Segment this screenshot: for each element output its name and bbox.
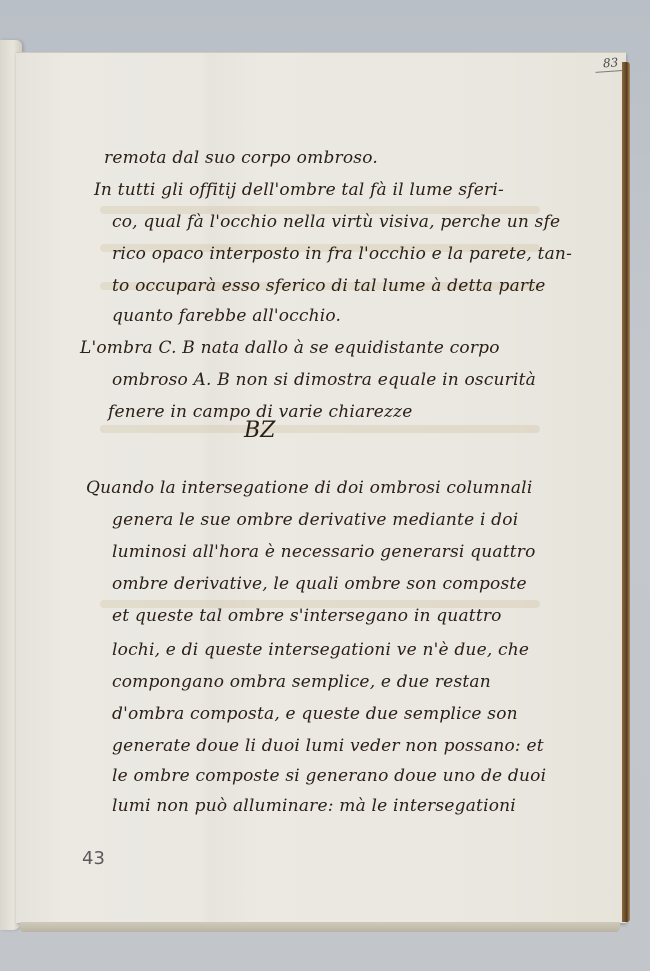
text-line: Quando la intersegatione di doi ombrosi … [86,478,532,498]
text-line: lochi, e di queste intersegationi ve n'è… [112,640,529,660]
text-line: quanto farebbe all'occhio. [112,306,341,326]
text-line: le ombre composte si generano doue uno d… [112,766,546,786]
folio-number: 83 [594,55,622,73]
text-line: co, qual fà l'occhio nella virtù visiva,… [112,212,560,232]
section-mark: BZ [244,418,275,443]
text-line: et queste tal ombre s'intersegano in qua… [112,606,502,626]
text-line: generate doue li duoi lumi veder non pos… [112,736,544,756]
text-line: L'ombra C. B nata dallo à se equidistant… [80,338,500,358]
text-line: to occuparà esso sferico di tal lume à d… [112,276,546,296]
text-line: luminosi all'hora è necessario generarsi… [112,542,536,562]
text-line: lumi non può alluminare: mà le intersega… [112,796,516,816]
pencil-annotation: 43 [82,848,105,869]
page-fore-edge [622,62,630,922]
text-line: ombroso A. B non si dimostra equale in o… [112,370,536,390]
text-line: genera le sue ombre derivative mediante … [112,510,518,530]
text-line: ombre derivative, le quali ombre son com… [112,574,527,594]
text-line: remota dal suo corpo ombroso. [104,148,378,168]
text-line: d'ombra composta, e queste due semplice … [112,704,518,724]
text-line: compongano ombra semplice, e due restan [112,672,491,692]
ink-bleed [100,425,540,433]
text-line: In tutti gli offitij dell'ombre tal fà i… [94,180,504,200]
text-line: rico opaco interposto in fra l'occhio e … [112,244,572,264]
page-bottom-edge [20,922,620,932]
